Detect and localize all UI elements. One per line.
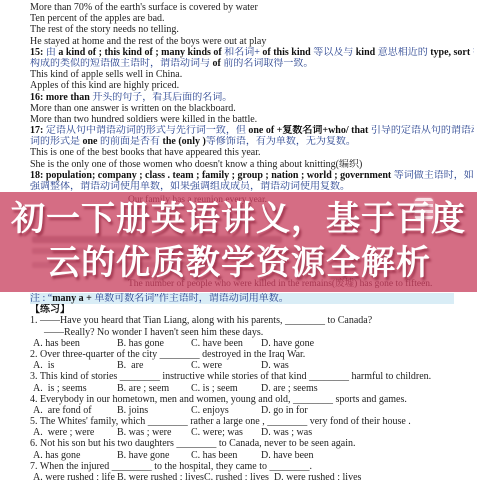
text-segment: the (only ) [163,136,206,147]
options-row: A. has goneB. have goneC. has beenD. hav… [30,450,474,461]
banner-title-line2: 云的优质教学资源全解析 [0,241,477,285]
text-segment: many a + [52,293,94,304]
text-segment: population; company ; class . team ; fam… [46,170,394,181]
option-cell: C. is ; seem [191,383,261,394]
text-segment: More than two hundred soldiers were kill… [30,114,257,125]
text-segment: 单数可数名词”作主语时，谓语动词用单数。 [94,293,288,304]
option-cell: B. were rushed ; lives [117,472,204,480]
text-segment: 【练习】 [30,304,70,315]
text-segment: 2. Over three-quarter of the city ______… [30,349,305,360]
option-cell: D. go in for [261,405,308,416]
doc-line: 词的形式是 one 的前面是否有 the (only )等修饰语，有为单数，无为… [30,136,474,147]
text-segment: 7. When the injured ________ to the hosp… [30,461,312,472]
doc-line: 构成的类似的短语做主语时，谓语动词与 of 前的名词取得一致。 [30,58,474,69]
text-segment: 定语从句中谓语动词的形式与先行词一致，但 [46,125,249,136]
option-cell: D. have gone [261,338,314,349]
text-segment: of [213,58,224,69]
text-segment: kind [356,47,378,58]
option-cell: A. has gone [33,450,117,461]
text-segment: 注 : “ [30,293,52,304]
text-segment: More than 70% of the earth's surface is … [30,2,258,13]
option-cell: C. has been [191,450,261,461]
doc-line: She is the only one of those women who d… [30,159,474,170]
doc-line: The rest of the story needs no telling. [30,24,474,35]
option-cell: B. are ; seem [117,383,191,394]
doc-line: 3. This kind of stories ________ instruc… [30,371,474,382]
text-segment: 构成的类似的短语做主语时，谓语动词与 [30,58,213,69]
option-cell: C. have been [191,338,261,349]
doc-line: He stayed at home and the rest of the bo… [30,36,474,47]
text-segment: 等 [473,47,474,58]
options-row: A. are fond ofB. joinsC. enjoysD. go in … [30,405,474,416]
text-segment: ——Really? No wonder I haven't seen him t… [44,327,263,338]
text-segment: 18: [30,170,46,181]
options-row: A. isB. areC. wereD. was [30,360,474,371]
doc-line: 17: 定语从句中谓语动词的形式与先行词一致，但 one of +复数名词+wh… [30,125,474,136]
doc-line: This kind of apple sells well in China. [30,69,474,80]
text-segment: This kind of apple sells well in China. [30,69,182,80]
text-segment: 6. Not his son but his two daughters ___… [30,438,356,449]
options-row: A. were rushed ; lifeB. were rushed ; li… [30,472,474,480]
text-segment: 5. The Whites' family, which ________ ra… [30,416,411,427]
text-segment: The rest of the story needs no telling. [30,24,179,35]
worksheet-page: More than 70% of the earth's surface is … [0,0,480,480]
text-segment: 的前面是否有 [100,136,163,147]
option-cell: A. is [33,360,117,371]
doc-line: 7. When the injured ________ to the hosp… [30,461,474,472]
note-line: 注 : “many a + 单数可数名词”作主语时，谓语动词用单数。 [30,293,454,304]
document-text-top: More than 70% of the earth's surface is … [30,2,474,192]
option-cell: B. joins [117,405,191,416]
doc-line: 5. The Whites' family, which ________ ra… [30,416,474,427]
text-segment: of this kind [262,47,313,58]
text-segment: type, sort [430,47,473,58]
text-segment: 等修饰语，有为单数，无为复数。 [206,136,356,147]
doc-line: 6. Not his son but his two daughters ___… [30,438,474,449]
text-segment: 等以及与 [313,47,356,58]
doc-line: More than one answer is written on the b… [30,103,474,114]
option-cell: D. have been [261,450,313,461]
doc-line: 2. Over three-quarter of the city ______… [30,349,474,360]
option-cell: D. was ; was [261,427,312,438]
text-segment: She is the only one of those women who d… [30,159,362,170]
text-segment: 4. Everybody in our hometown, men and wo… [30,394,407,405]
text-segment: This is one of the best books that have … [30,147,261,158]
text-segment: 等词做主语时，如果 [394,170,474,181]
doc-line: Ten percent of the apples are bad. [30,13,474,24]
text-segment: He stayed at home and the rest of the bo… [30,36,266,47]
option-cell: D. was [261,360,289,371]
doc-line: 【练习】 [30,304,474,315]
doc-line: 4. Everybody in our hometown, men and wo… [30,394,474,405]
text-segment: one [83,136,101,147]
text-segment: 和名词+ [224,47,262,58]
option-cell: D. are ; seems [261,383,318,394]
option-cell: A. has been [33,338,117,349]
banner-title-line1: 初一下册英语讲义，基于百度 [0,197,477,241]
option-cell: A. are fond of [33,405,117,416]
option-cell: C. were; was [191,427,261,438]
text-segment: 17: [30,125,46,136]
text-segment: 15: [30,47,46,58]
doc-line: 强调整体，谓语动词使用单数，如果强调组成成员，谓语动词使用复数。 [30,181,474,192]
text-segment: More than one answer is written on the b… [30,103,236,114]
text-segment: 由 [46,47,59,58]
doc-line: ——Really? No wonder I haven't seen him t… [30,327,474,338]
text-segment: Apples of this kind are highly priced. [30,80,179,91]
text-segment: 前的名词取得一致。 [223,58,313,69]
doc-line: 16: more than 开头的句子，看其后面的名词。 [30,92,474,103]
text-segment: 词的形式是 [30,136,83,147]
doc-line: 18: population; company ; class . team ;… [30,170,474,181]
text-segment: 强调整体，谓语动词使用单数，如果强调组成成员，谓语动词使用复数。 [30,181,350,192]
doc-line: More than two hundred soldiers were kill… [30,114,474,125]
option-cell: C. were [191,360,261,371]
options-row: A. has beenB. has goneC. have beenD. hav… [30,338,474,349]
option-cell: C. rushed ; lives [204,472,274,480]
option-cell: B. has gone [117,338,191,349]
text-segment: 意思相近的 [378,47,431,58]
option-cell: B. have gone [117,450,191,461]
doc-line: 15: 由 a kind of ; this kind of ; many ki… [30,47,474,58]
text-segment: 引导的定语从句的谓语动 [371,125,474,136]
text-segment: 16: more than [30,92,92,103]
doc-line: This is one of the best books that have … [30,147,474,158]
text-segment: a kind of ; this kind of ; many kinds of [58,47,224,58]
text-segment: 1. ——Have you heard that Tian Liang, alo… [30,315,372,326]
document-text-bottom: 注 : “many a + 单数可数名词”作主语时，谓语动词用单数。【练习】1.… [30,293,474,480]
promo-banner: Our family has a reunion every year. 初一下… [0,192,477,292]
option-cell: B. was ; were [117,427,191,438]
option-cell: B. are [117,360,191,371]
options-row: A. is ; seemsB. are ; seemC. is ; seemD.… [30,383,474,394]
option-cell: A. were rushed ; life [33,472,117,480]
text-segment: 开头的句子，看其后面的名词。 [92,92,232,103]
options-row: A. were ; wereB. was ; wereC. were; wasD… [30,427,474,438]
text-segment: 3. This kind of stories ________ instruc… [30,371,431,382]
text-segment: Ten percent of the apples are bad. [30,13,165,24]
option-cell: A. is ; seems [33,383,117,394]
option-cell: A. were ; were [33,427,117,438]
doc-line: Apples of this kind are highly priced. [30,80,474,91]
option-cell: C. enjoys [191,405,261,416]
option-cell: D. were rushed ; lives [274,472,361,480]
doc-line: More than 70% of the earth's surface is … [30,2,474,13]
doc-line: 1. ——Have you heard that Tian Liang, alo… [30,315,474,326]
text-segment: one of +复数名词+who/ that [248,125,371,136]
